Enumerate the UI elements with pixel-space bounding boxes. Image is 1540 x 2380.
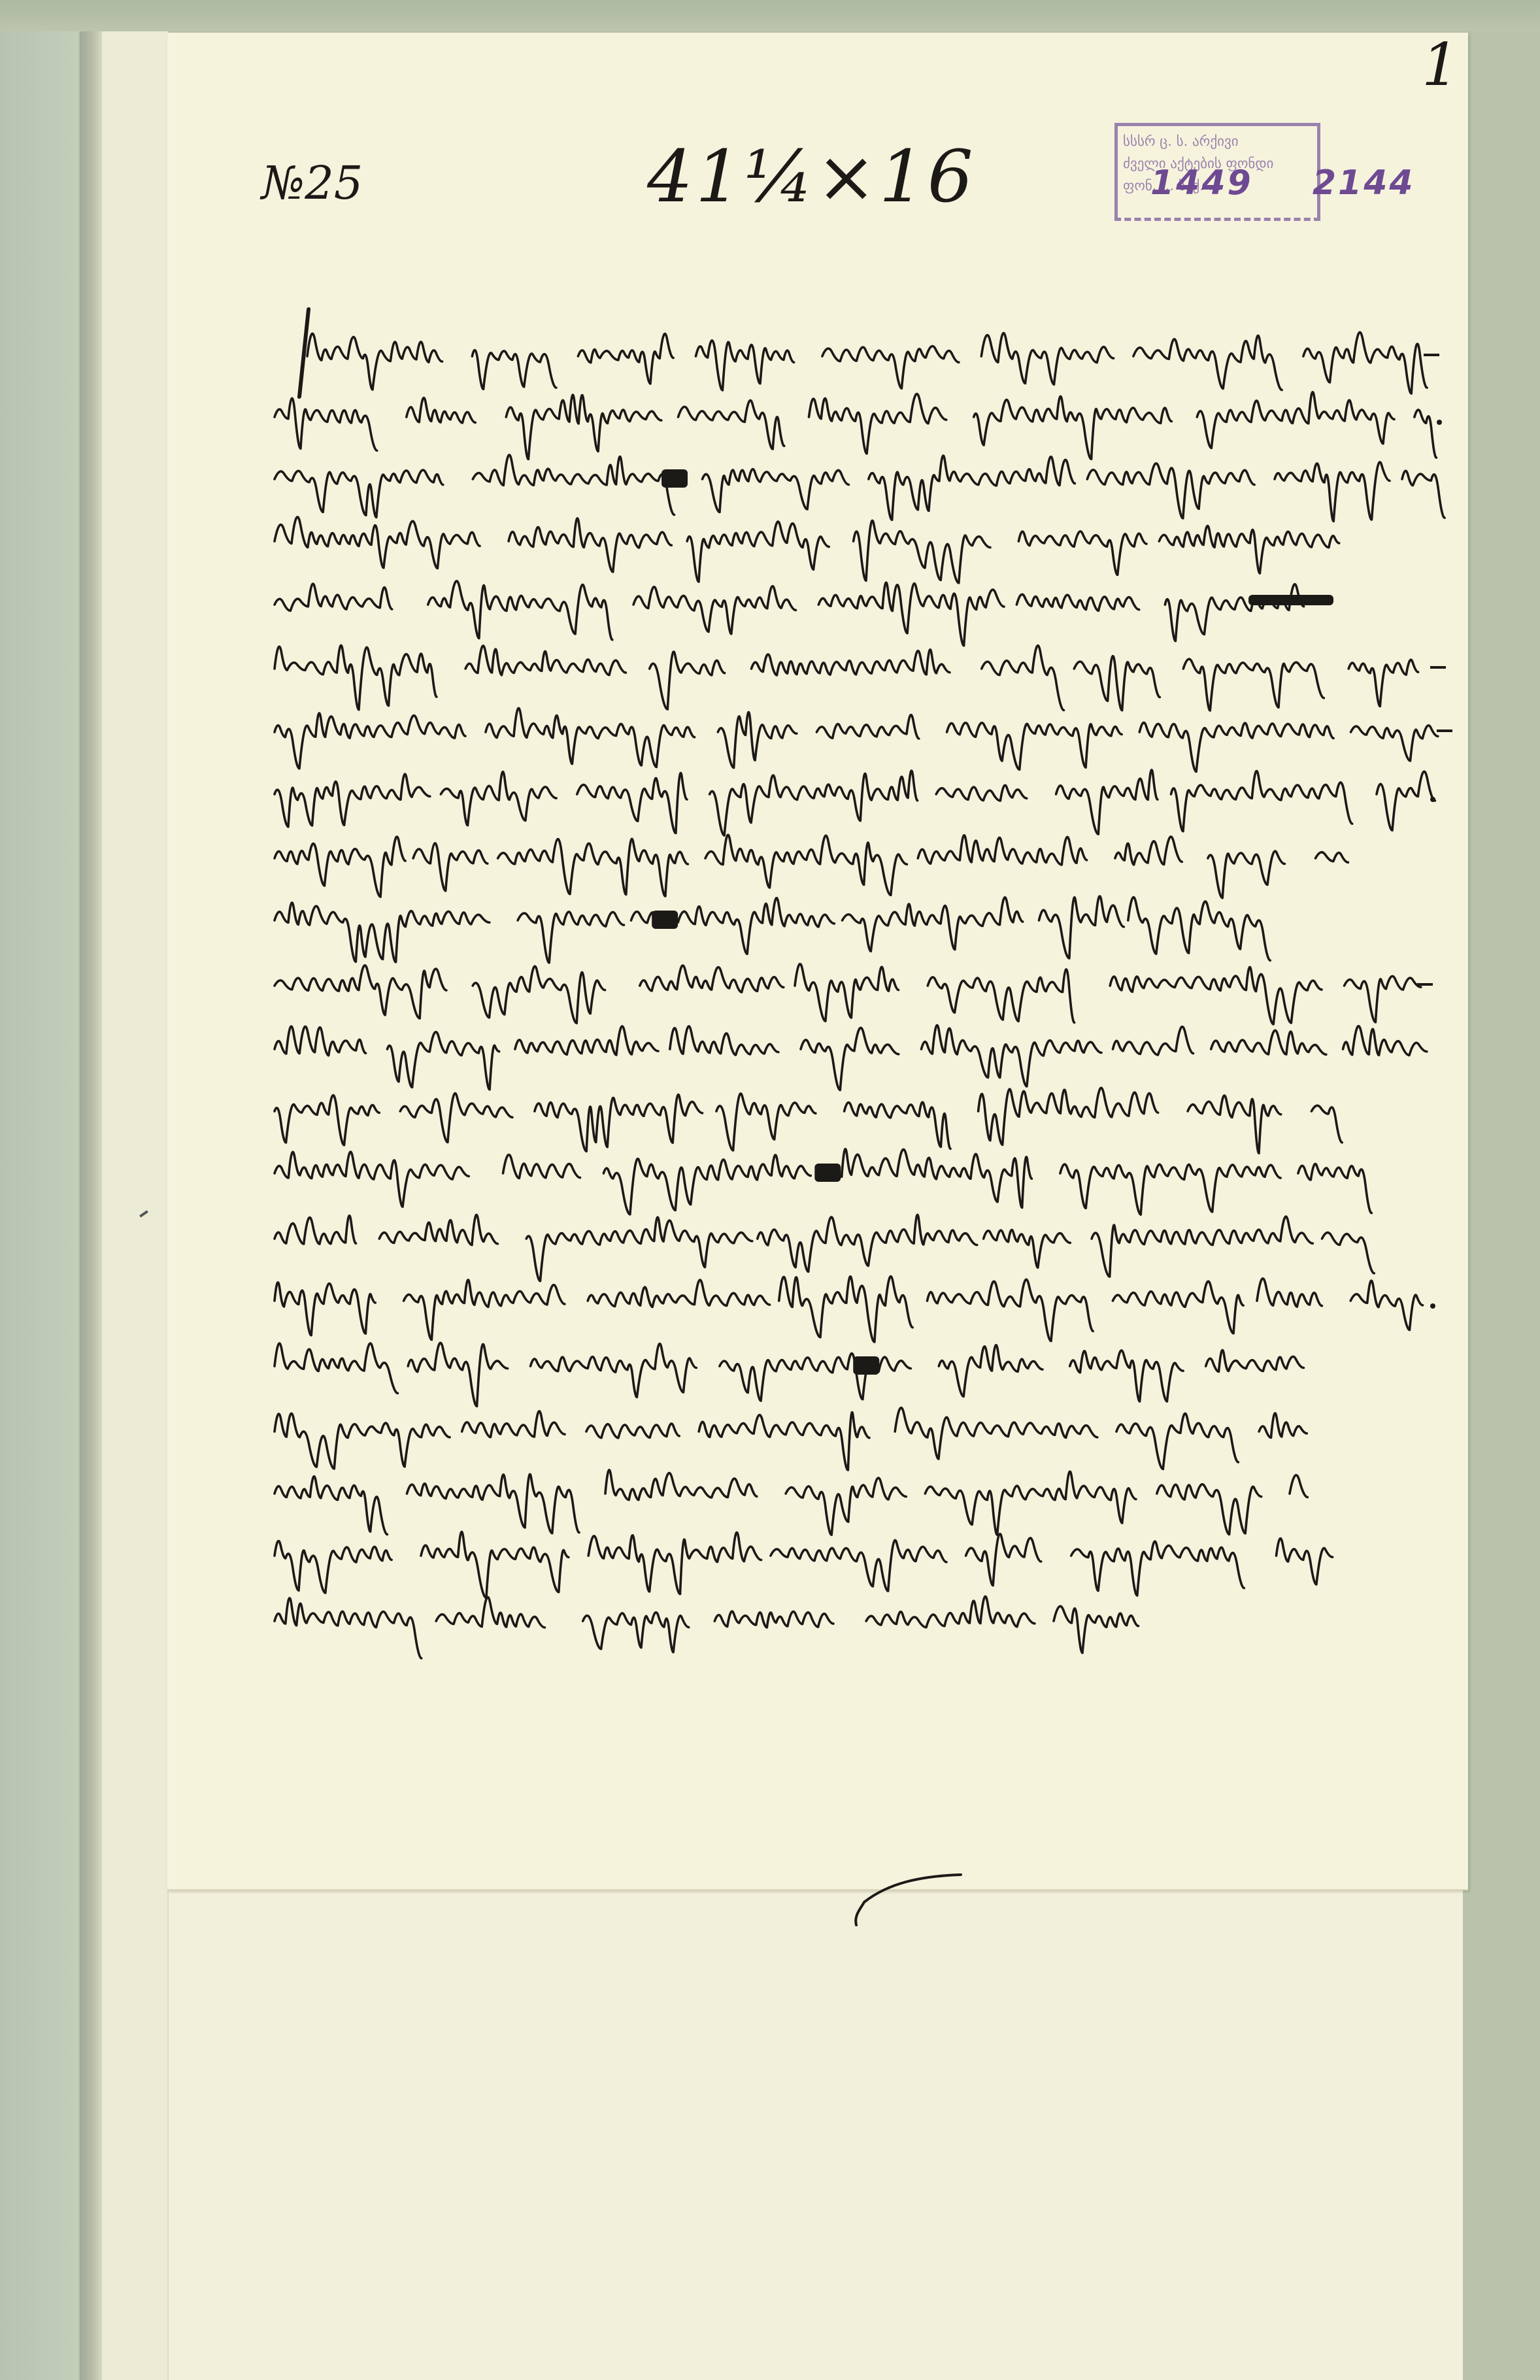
stamp-handwritten-numbers: 1449 2144: [1150, 163, 1415, 203]
handwritten-word: [588, 1280, 769, 1307]
handwritten-word: [503, 1155, 580, 1179]
handwritten-word: [640, 965, 784, 992]
period-mark: [1437, 420, 1442, 425]
handwritten-line: [275, 1575, 1203, 1667]
handwritten-word: [1115, 837, 1182, 865]
folio-number: 1: [1422, 36, 1459, 95]
handwritten-word: [1054, 1606, 1139, 1652]
ink-blot: [1248, 595, 1333, 605]
handwritten-word: [1316, 852, 1348, 863]
handwritten-word: [714, 1611, 833, 1628]
handwritten-word: [1113, 1027, 1194, 1055]
handwritten-word: [866, 1596, 1035, 1627]
underlying-sheet: [167, 1889, 1463, 2380]
item-number: №25: [261, 160, 363, 206]
handwritten-word: [515, 1026, 658, 1055]
handwritten-word: [1016, 594, 1139, 611]
dimensions-note: 41¼×16: [647, 141, 976, 212]
handwritten-word: [1343, 1026, 1427, 1056]
handwritten-word: [275, 1216, 356, 1244]
green-backing-board: [0, 0, 78, 2380]
handwritten-word: [436, 1597, 544, 1627]
stamp-line-1: სსსრ ც. ს. არქივი: [1123, 130, 1312, 152]
handwritten-word: [1377, 771, 1435, 830]
paper-guard-strip: [102, 31, 168, 2380]
handwritten-word: [465, 646, 626, 675]
handwritten-word: [407, 398, 475, 423]
handwritten-word: [1211, 1030, 1326, 1054]
handwritten-word: [918, 835, 1086, 865]
ink-blot: [814, 1164, 841, 1182]
handwritten-word: [586, 1424, 679, 1438]
catchword-flourish: [850, 1869, 1046, 1928]
handwritten-word: [583, 1613, 689, 1652]
period-mark: [1430, 797, 1435, 802]
fund-number: 1449: [1150, 163, 1253, 203]
ink-blot: [652, 911, 678, 929]
handwritten-word: [275, 1026, 366, 1056]
handwritten-word: [275, 584, 392, 611]
period-mark: [1430, 1303, 1435, 1309]
handwritten-word: [670, 1026, 778, 1055]
handwritten-word: [1402, 471, 1445, 518]
handwritten-word: [816, 715, 918, 739]
handwritten-word: [936, 785, 1027, 801]
handwritten-word: [605, 1470, 757, 1500]
binding-shadow: [80, 31, 102, 2380]
handwritten-word: [1206, 1350, 1304, 1371]
handwritten-word: [275, 1598, 422, 1658]
handwritten-word: [1259, 1413, 1307, 1437]
ink-blot: [853, 1356, 879, 1375]
handwritten-word: [1277, 1539, 1333, 1584]
handwritten-word: [462, 1411, 565, 1437]
green-backing-top-edge: [0, 0, 1540, 31]
handwritten-word: [752, 650, 950, 675]
archive-item-number: 2144: [1313, 163, 1415, 203]
handwritten-word: [379, 1215, 497, 1245]
handwritten-word: [1257, 1279, 1322, 1307]
handwritten-word: [1350, 1281, 1422, 1330]
ink-blot: [661, 469, 688, 488]
handwritten-word: [1290, 1475, 1307, 1498]
